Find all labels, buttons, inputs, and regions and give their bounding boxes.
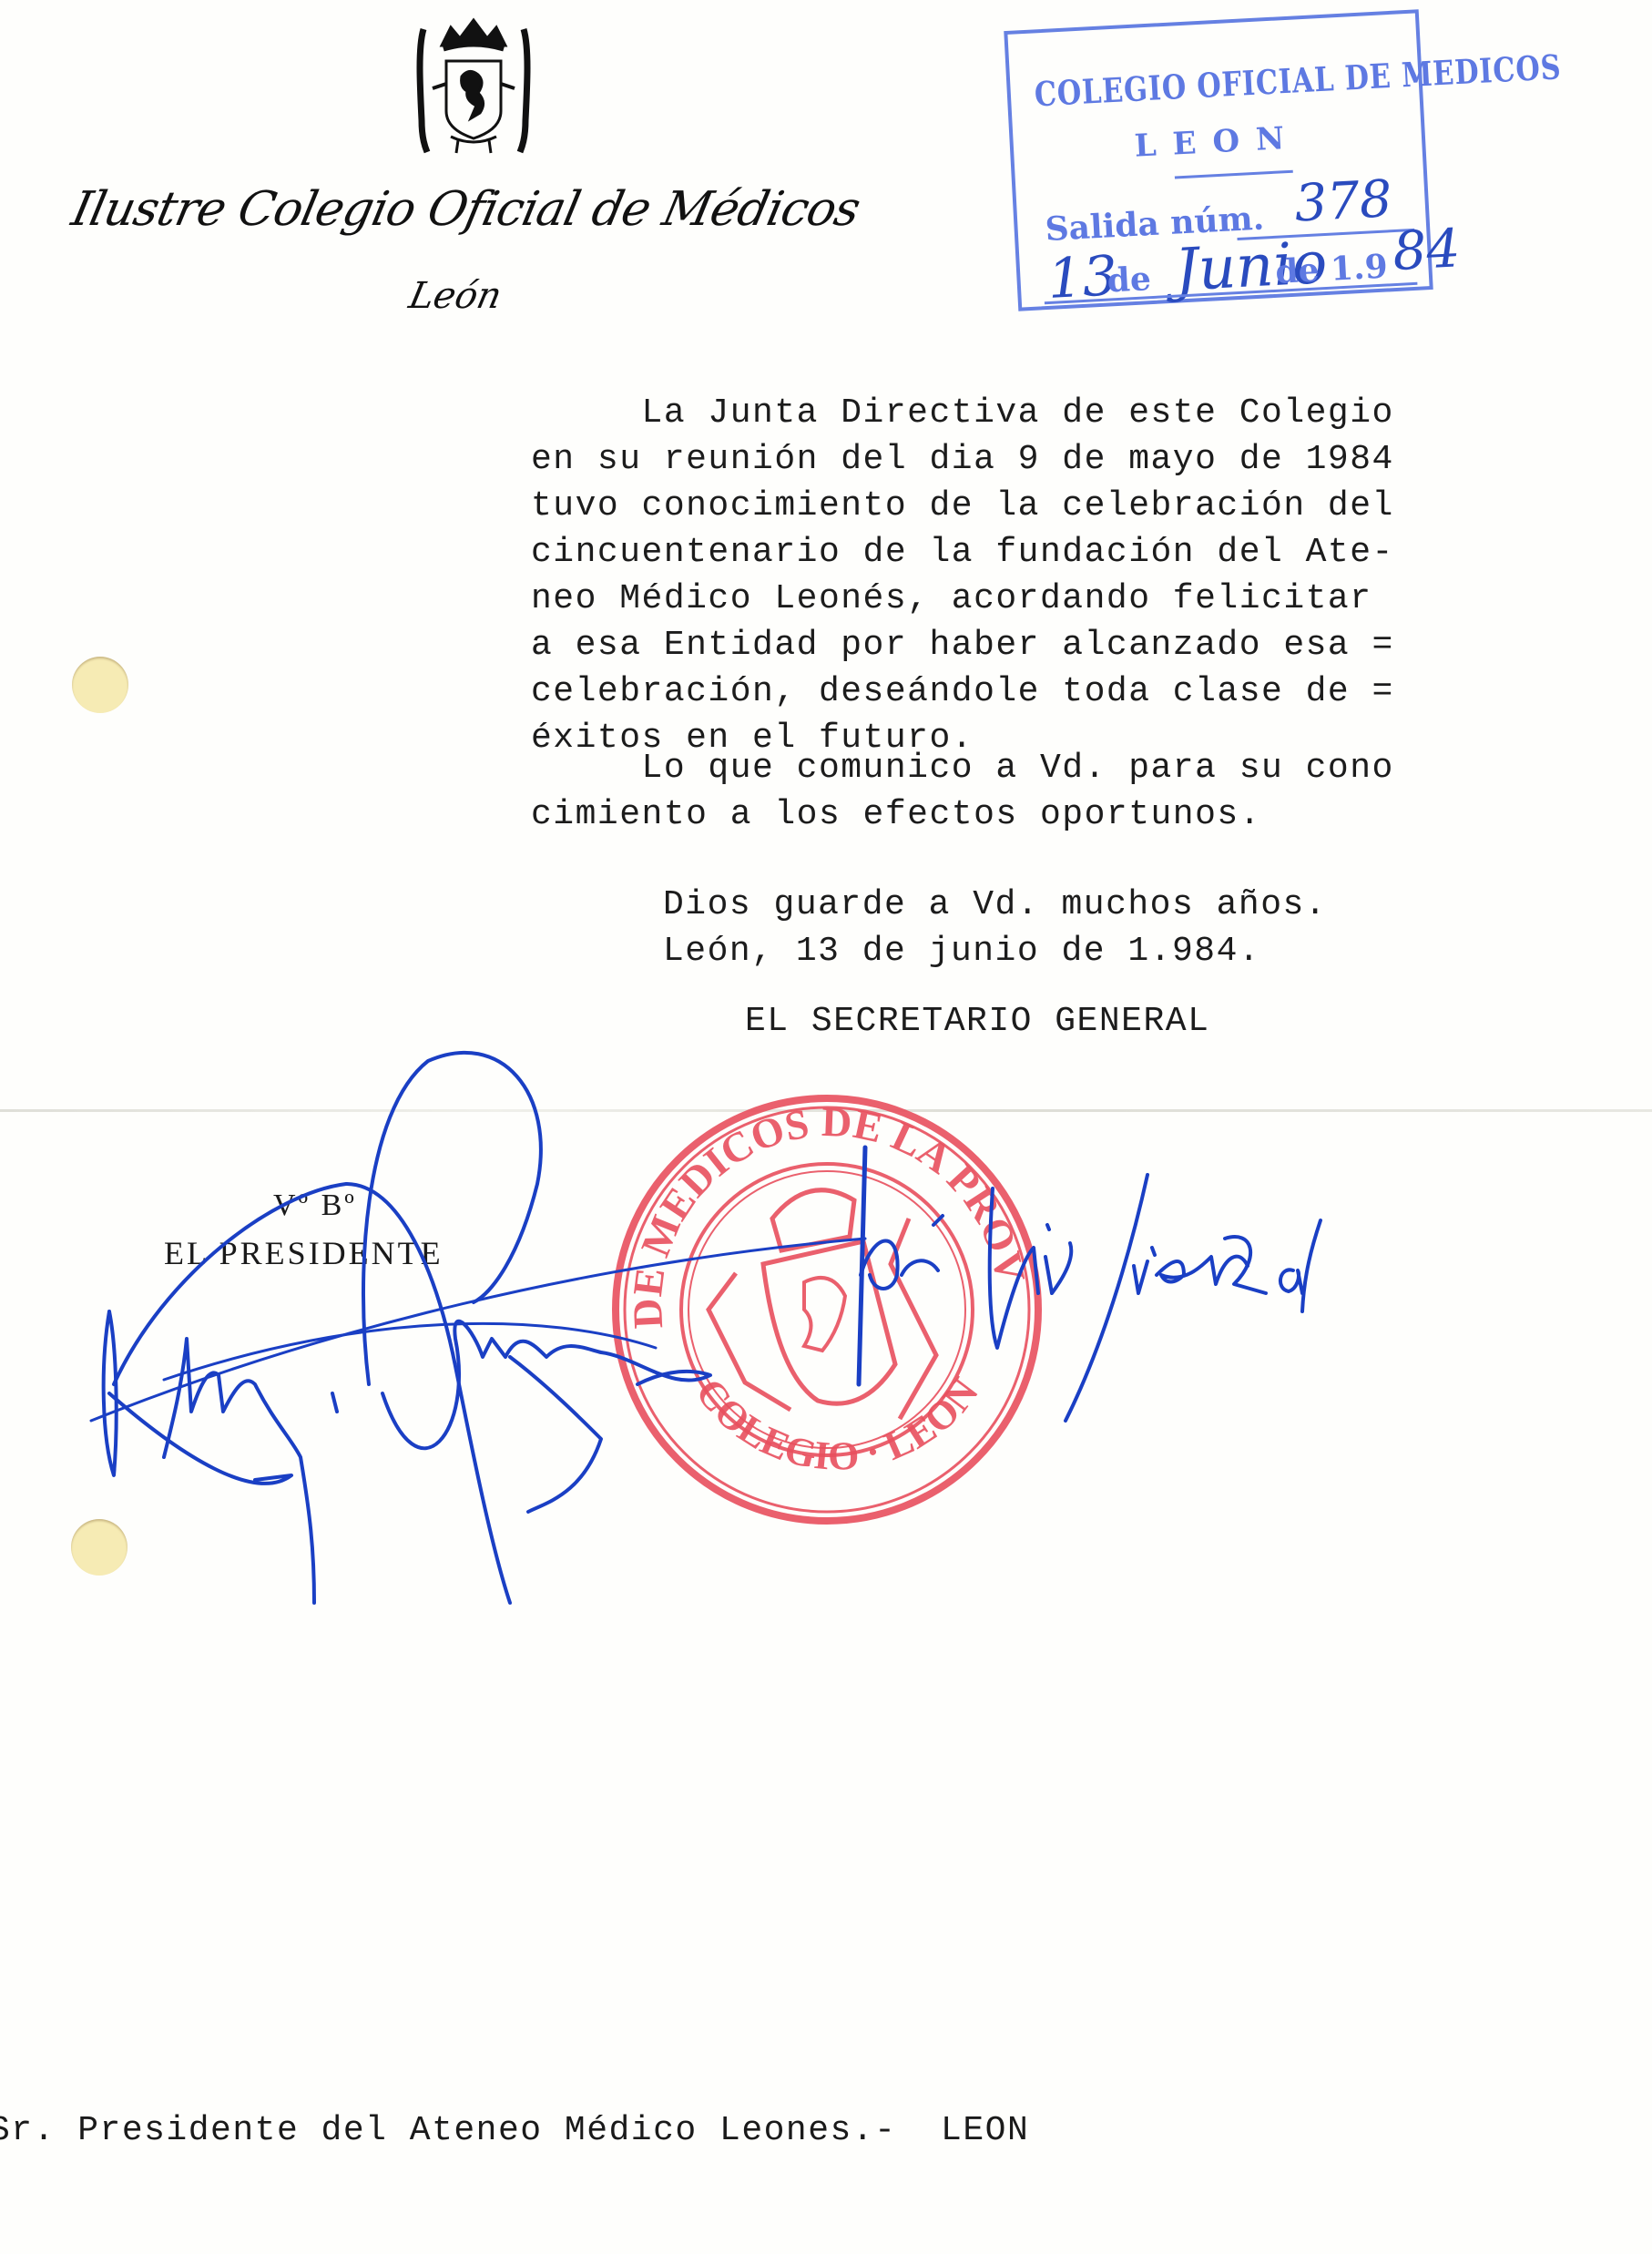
punch-hole-top xyxy=(72,657,128,713)
stamp-city-text: LEON xyxy=(1013,113,1422,170)
stamp-date-year-suffix: 84 xyxy=(1392,217,1462,282)
letter-paragraph-1: La Junta Directiva de este Colegio en su… xyxy=(531,390,1394,761)
registry-outgoing-stamp: COLEGIO OFICIAL DE MEDICOS LEON Salida n… xyxy=(1004,9,1433,311)
stamp-salida-number: 378 xyxy=(1293,169,1393,234)
handwritten-signatures-icon xyxy=(0,1038,1652,1639)
letterhead-title: Ilustre Colegio Oficial de Médicos xyxy=(67,182,899,237)
letterhead-city: León xyxy=(405,275,505,317)
stamp-divider xyxy=(1175,170,1293,179)
addressee-line: Sr. Presidente del Ateneo Médico Leones.… xyxy=(0,2111,1029,2150)
coat-of-arms-icon xyxy=(405,11,542,157)
letter-closing: Dios guarde a Vd. muchos años. León, 13 … xyxy=(663,882,1327,974)
stamp-institution-text: COLEGIO OFICIAL DE MEDICOS xyxy=(1034,46,1563,114)
letter-paragraph-2: Lo que comunico a Vd. para su cono cimie… xyxy=(531,745,1394,838)
stamp-date-de: de xyxy=(1106,260,1152,300)
